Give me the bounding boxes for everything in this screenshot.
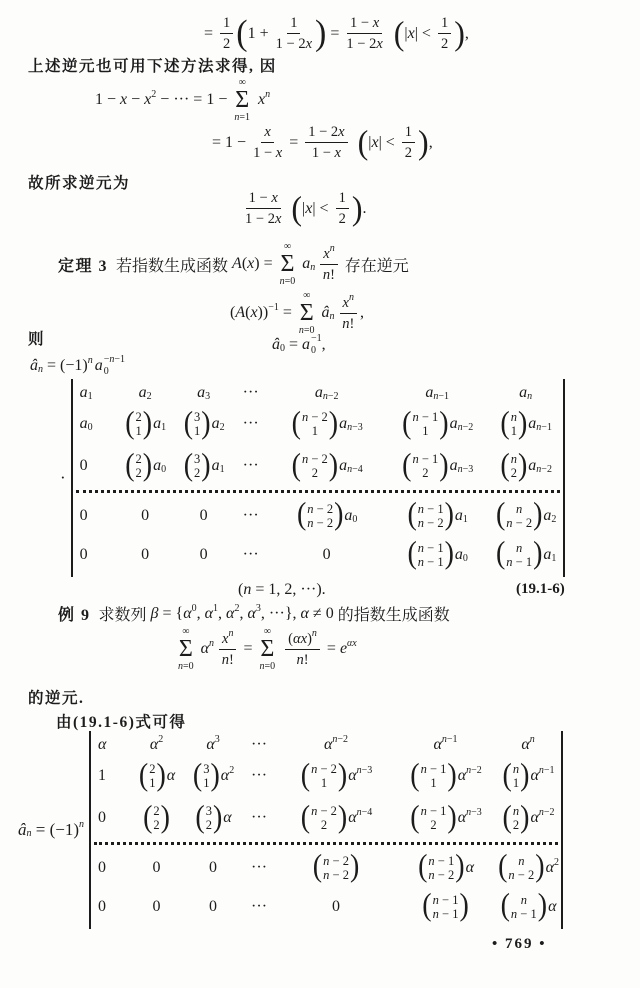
matrix-cell: 1	[91, 767, 129, 785]
left-paren: (	[184, 453, 193, 478]
math-letter: α	[434, 736, 442, 753]
binomial-values: n − 12	[420, 804, 448, 832]
fraction-denominator: n!	[296, 650, 308, 669]
math-variable: xn	[343, 294, 354, 312]
text-run: 0	[209, 898, 217, 916]
math-letter: n	[513, 804, 519, 818]
binomial-coefficient: (n − 12)	[410, 804, 456, 832]
math-variable: a2	[543, 507, 556, 525]
matrix-cell: 0	[129, 898, 184, 916]
theorem-line: 定理 3 若指数生成函数 A(x) = ∞Σn=0anxnn! 存在逆元	[58, 242, 409, 287]
math-letter: x	[335, 145, 341, 161]
right-paren: )	[533, 503, 542, 528]
ellipsis: ···	[251, 767, 267, 785]
math-letter: α	[458, 809, 466, 826]
math-variable: a1	[80, 384, 93, 402]
binomial-values: n2	[510, 452, 518, 480]
math-variable: an	[302, 255, 315, 273]
math-variable: α1	[205, 605, 218, 623]
matrix-cell: 0	[73, 507, 117, 525]
heading-label: 定理 3	[58, 253, 108, 276]
math-letter: n	[209, 638, 214, 649]
left-paren: (	[500, 411, 509, 436]
fraction: x1 − x	[253, 123, 282, 162]
big-paren: )	[418, 129, 429, 156]
matrix-cell: (21)a1	[117, 410, 174, 438]
paragraph-then: 则	[28, 327, 45, 349]
math-variable: xn	[258, 91, 270, 109]
matrix-cell: α2	[129, 736, 184, 754]
math-letter: n	[506, 555, 512, 569]
paragraph-by-formula: 由(19.1-6)式可得	[56, 710, 186, 732]
left-paren: (	[313, 855, 322, 880]
matrix-cell: ···	[242, 809, 276, 827]
right-paren: )	[143, 453, 152, 478]
math-variable: α2	[226, 605, 239, 623]
text-run: ,	[239, 605, 247, 623]
binomial-values: 31	[202, 762, 210, 790]
math-letter: n	[296, 652, 303, 668]
math-letter: n	[527, 391, 532, 402]
text-run: 0	[209, 859, 217, 877]
math-letter: n	[323, 391, 328, 402]
math-letter: n	[511, 410, 517, 424]
math-letter: n	[513, 762, 519, 776]
math-letter: a	[339, 457, 347, 474]
math-letter: α	[466, 859, 474, 876]
math-letter: n	[418, 516, 424, 530]
math-letter: α	[223, 809, 231, 826]
math-letter: n	[539, 807, 544, 818]
summation-part: Σ	[235, 89, 249, 112]
math-letter: a	[450, 415, 458, 432]
matrix-row: 0(22)a0(32)a1···(n − 22)an−4(n − 12)an−3…	[73, 445, 563, 487]
math-variable: â0	[272, 336, 285, 354]
matrix-cell: (n − 2n − 2)	[276, 854, 396, 882]
math-letter: β	[151, 605, 159, 622]
math-letter: x	[275, 211, 281, 227]
fraction-denominator: 1 − x	[312, 143, 341, 162]
left-paren: (	[195, 805, 204, 830]
math-run: 1 +	[248, 25, 273, 43]
math-variable: αn−1	[434, 736, 458, 754]
matrix-cell: (nn − 2)α2	[495, 854, 561, 882]
fraction: 1 − x1 − 2x	[346, 14, 382, 53]
math-letter: α	[206, 736, 214, 753]
math-variable: αn−4	[348, 809, 372, 827]
matrix-cell: 0	[117, 507, 174, 525]
right-paren: )	[533, 542, 542, 567]
right-paren: )	[518, 411, 527, 436]
binomial-coefficient: (n1)	[500, 410, 527, 438]
right-paren: )	[210, 763, 219, 788]
fraction-numerator: 1 − x	[347, 14, 382, 34]
math-letter: n	[265, 89, 270, 100]
matrix-cell: ···	[242, 736, 276, 754]
math-letter: n	[347, 422, 352, 433]
math-letter: α	[98, 736, 106, 753]
math-variable: ân	[18, 820, 32, 840]
left-paren: (	[407, 542, 416, 567]
math-letter: n	[518, 854, 524, 868]
fraction-numerator: 1 − 2x	[305, 123, 347, 143]
big-paren: )	[315, 19, 326, 48]
equation-line-1: = 12(1 + 11 − 2x) = 1 − x1 − 2x(|x| < 12…	[204, 14, 469, 53]
math-letter: n	[311, 762, 317, 776]
right-paren: )	[538, 894, 547, 919]
binomial-values: n − 1n − 1	[432, 893, 460, 921]
left-paren: (	[503, 763, 512, 788]
math-variable: (−1)n	[50, 820, 84, 840]
text-run: ,	[360, 304, 364, 322]
matrix-cell: αn	[495, 736, 561, 754]
math-letter: A	[235, 304, 245, 321]
matrix-cell: 0	[91, 859, 129, 877]
math-letter: a	[543, 546, 551, 563]
math-letter: x	[144, 91, 151, 108]
math-letter: n	[307, 502, 313, 516]
ellipsis: ···	[243, 384, 259, 402]
math-letter: e	[340, 640, 347, 657]
fraction: (αx)nn!	[285, 630, 320, 669]
right-paren: )	[455, 855, 464, 880]
right-paren: )	[535, 855, 544, 880]
equation-tag: (19.1-6)	[516, 581, 565, 598]
matrix-cell: (nn − 1)α	[495, 893, 561, 921]
left-paren: (	[297, 503, 306, 528]
left-paren: (	[402, 453, 411, 478]
fraction-numerator: (αx)n	[285, 630, 320, 650]
math-variable: a2	[212, 415, 225, 433]
binomial-coefficient: (n − 12)	[402, 452, 448, 480]
math-variable: α	[167, 767, 175, 785]
text-run: 的指数生成函数	[334, 602, 450, 625]
math-variable: a0	[344, 507, 357, 525]
heading-label: 例 9	[58, 602, 91, 625]
left-paren: (	[418, 855, 427, 880]
big-paren: (	[291, 195, 302, 222]
math-letter: â	[18, 820, 27, 839]
matrix-cell: (n − 21)αn−3	[276, 762, 396, 790]
summation-symbol: ∞Σn=0	[280, 242, 296, 287]
fraction-denominator: 1 − x	[253, 143, 282, 162]
binomial-values: n − 1n − 1	[417, 541, 445, 569]
math-variable: a1	[153, 415, 166, 433]
matrix-cell: 0	[91, 898, 129, 916]
math-letter: n	[511, 907, 517, 921]
binomial-values: n − 22	[301, 452, 329, 480]
math-variable: αn−2	[324, 736, 348, 754]
math-variable: (−1)n	[60, 357, 93, 375]
math-letter: n	[433, 907, 439, 921]
summation-symbol: ∞Σn=0	[260, 627, 276, 672]
binomial-coefficient: (n − 22)	[301, 804, 347, 832]
math-letter: α	[301, 605, 309, 622]
fraction: 12	[336, 189, 349, 228]
math-letter: n	[458, 422, 463, 433]
math-letter: α	[458, 767, 466, 784]
math-letter: α	[221, 767, 229, 784]
binomial-coefficient: (21)	[125, 410, 152, 438]
text-run: 0	[80, 546, 88, 564]
binomial-values: n2	[512, 804, 520, 832]
math-run: (n = 1, 2, ···).	[238, 581, 326, 599]
fraction: 12	[220, 14, 233, 53]
matrix-cell: 0	[276, 898, 396, 916]
left-paren: (	[125, 453, 134, 478]
binomial-coefficient: (n − 11)	[410, 762, 456, 790]
text-run: 0	[98, 809, 106, 827]
math-letter: x	[338, 124, 344, 140]
math-letter: n	[310, 262, 315, 273]
matrix-cell: ···	[234, 384, 268, 402]
math-variable: α3	[247, 605, 260, 623]
right-paren: )	[447, 763, 456, 788]
math-variable: a0	[80, 415, 93, 433]
binomial-coefficient: (n − 2n − 2)	[297, 502, 343, 530]
math-letter: n	[466, 807, 471, 818]
fraction: 1 − 2x1 − x	[305, 123, 347, 162]
matrix-row: a0(21)a1(31)a2···(n − 21)an−3(n − 11)an−…	[73, 403, 563, 445]
binomial-values: nn − 2	[507, 854, 535, 882]
left-paren: (	[410, 805, 419, 830]
math-run: =	[239, 640, 256, 658]
math-letter: n	[506, 516, 512, 530]
ellipsis: ···	[251, 859, 267, 877]
right-paren: )	[338, 805, 347, 830]
right-paren: )	[201, 411, 210, 436]
math-letter: n	[418, 555, 424, 569]
left-paren: (	[301, 763, 310, 788]
binomial-coefficient: (n − 1n − 1)	[407, 541, 453, 569]
left-paren: (	[496, 542, 505, 567]
text-run: ,	[197, 605, 205, 623]
matrix-cell: α	[91, 736, 129, 754]
math-letter: a	[425, 384, 433, 401]
fraction: 12	[402, 123, 415, 162]
binomial-coefficient: (31)	[184, 410, 211, 438]
matrix-cell: 0	[174, 507, 234, 525]
math-letter: n	[332, 734, 337, 745]
math-letter: n	[539, 765, 544, 776]
determinant-1: · a1a2a3···an−2an−1ana0(21)a1(31)a2···(n…	[60, 379, 565, 577]
math-letter: x	[408, 25, 415, 42]
binomial-coefficient: (31)	[193, 762, 220, 790]
math-letter: a	[302, 255, 310, 272]
sup-sub-stack: −10	[311, 333, 322, 356]
matrix-row: 000···0(n − 1n − 1)a0(nn − 1)a1	[73, 535, 563, 574]
big-paren: (	[394, 20, 405, 47]
math-run: β = {	[151, 605, 184, 623]
big-paren: )	[454, 20, 465, 47]
math-letter: n	[508, 868, 514, 882]
math-letter: α	[546, 859, 554, 876]
math-letter: a	[80, 415, 88, 432]
matrix-cell: 0	[117, 546, 174, 564]
equation-a0-hat: â0 = a−10,	[272, 333, 326, 356]
matrix-cell: (nn − 1)a1	[489, 541, 563, 569]
fraction-numerator: 1	[287, 14, 300, 34]
math-letter: a	[543, 507, 551, 524]
matrix-cell: 0	[73, 546, 117, 564]
math-letter: α	[348, 809, 356, 826]
binomial-values: nn − 2	[505, 502, 533, 530]
math-letter: x	[301, 631, 307, 647]
math-letter: α	[530, 809, 538, 826]
left-paren: (	[301, 805, 310, 830]
binomial-values: 32	[193, 452, 201, 480]
text-run: ,	[465, 25, 469, 43]
fraction: 11 − 2x	[276, 14, 312, 53]
fraction-denominator: 1 − 2x	[346, 34, 382, 53]
math-letter: A	[232, 255, 242, 272]
text-run: 0	[200, 546, 208, 564]
binomial-values: 22	[152, 804, 160, 832]
math-variable: α	[98, 736, 106, 754]
matrix-row: αα2α3···αn−2αn−1αn	[91, 734, 561, 755]
matrix-cell: (n − 1n − 1)a0	[386, 541, 489, 569]
math-variable: a1	[543, 546, 556, 564]
math-letter: n	[260, 661, 265, 672]
determinant-2: ân = (−1)n αα2α3···αn−2αn−1αn1(21)α(31)α…	[18, 731, 563, 929]
math-letter: n	[516, 502, 522, 516]
fraction-denominator: 2	[441, 34, 448, 53]
left-paren: (	[292, 453, 301, 478]
determinant-1-body: a1a2a3···an−2an−1ana0(21)a1(31)a2···(n −…	[71, 379, 565, 577]
right-paren: )	[334, 503, 343, 528]
math-variable: an	[519, 384, 532, 402]
math-letter: n	[530, 734, 535, 745]
left-paren: (	[402, 411, 411, 436]
binomial-coefficient: (nn − 1)	[496, 541, 542, 569]
math-letter: n	[418, 541, 424, 555]
math-letter: n	[228, 628, 233, 639]
equation-line-4: 1 − x1 − 2x(|x| < 12).	[242, 189, 366, 228]
left-paren: (	[193, 763, 202, 788]
math-letter: x	[373, 15, 379, 31]
math-variable: an−2	[528, 457, 552, 475]
math-run: = 1 −	[212, 134, 250, 152]
matrix-cell: α3	[184, 736, 242, 754]
ellipsis: ···	[243, 457, 259, 475]
matrix-cell: 0	[73, 457, 117, 475]
math-variable: an−4	[339, 457, 363, 475]
math-letter: n	[178, 661, 183, 672]
text-run: .	[362, 200, 366, 218]
math-letter: n	[418, 502, 424, 516]
math-letter: n	[347, 464, 352, 475]
matrix-cell: (n − 22)αn−4	[276, 804, 396, 832]
matrix-cell: 0	[174, 546, 234, 564]
math-letter: n	[466, 765, 471, 776]
text-run: ,	[218, 605, 226, 623]
math-letter: n	[38, 364, 43, 375]
text-run: ,	[322, 336, 326, 354]
matrix-cell: 0	[268, 546, 386, 564]
math-letter: n	[79, 819, 84, 830]
big-paren: )	[352, 195, 363, 222]
binomial-coefficient: (22)	[125, 452, 152, 480]
math-letter: a	[139, 384, 147, 401]
right-paren: )	[143, 411, 152, 436]
math-run: α ≠ 0	[301, 605, 334, 623]
math-letter: n	[421, 804, 427, 818]
binomial-values: nn − 1	[505, 541, 533, 569]
math-letter: n	[516, 541, 522, 555]
binomial-coefficient: (n2)	[503, 804, 530, 832]
sup-sub-stack: −n−10	[104, 354, 125, 377]
math-variable: an−1	[528, 415, 552, 433]
matrix-cell: (31)α2	[184, 762, 242, 790]
ellipsis: ···	[251, 736, 267, 754]
binomial-coefficient: (n − 1n − 2)	[418, 854, 464, 882]
math-letter: α	[521, 736, 529, 753]
left-paren: (	[496, 503, 505, 528]
math-variable: (αx)n	[288, 630, 317, 648]
matrix-cell: an−1	[386, 384, 489, 402]
binomial-values: nn − 1	[510, 893, 538, 921]
math-variable: a−10	[302, 333, 322, 356]
matrix-cell: 0	[184, 859, 242, 877]
example-line: 例 9 求数列 β = {α0, α1, α2, α3, ···}, α ≠ 0…	[58, 602, 450, 625]
binomial-values: 21	[135, 410, 143, 438]
fraction-denominator: n!	[323, 265, 335, 284]
fraction-numerator: 1	[438, 14, 451, 34]
paragraph-method: 上述逆元也可用下述方法求得, 因	[28, 54, 277, 76]
math-letter: α	[324, 736, 332, 753]
ellipsis: ···	[251, 898, 267, 916]
math-letter: a	[528, 457, 536, 474]
math-letter: n	[428, 868, 434, 882]
matrix-row: 1(21)α(31)α2···(n − 21)αn−3(n − 11)αn−2(…	[91, 755, 561, 797]
math-variable: xn	[323, 245, 334, 263]
fraction-denominator: 1 − 2x	[276, 34, 312, 53]
right-paren: )	[161, 805, 170, 830]
binomial-coefficient: (22)	[143, 804, 170, 832]
math-run: =	[323, 640, 340, 658]
math-letter: x	[276, 145, 282, 161]
right-paren: )	[459, 894, 468, 919]
math-run: =	[32, 820, 50, 840]
fraction-denominator: n!	[342, 314, 354, 333]
math-run: A(x) =	[232, 255, 277, 273]
matrix-cell: (n1)an−1	[489, 410, 563, 438]
binomial-coefficient: (32)	[195, 804, 222, 832]
math-run: =	[285, 134, 302, 152]
matrix-cell: (n1)αn−1	[495, 762, 561, 790]
math-letter: a	[302, 336, 310, 353]
text-run: 0	[323, 546, 331, 564]
binomial-coefficient: (n − 1n − 2)	[407, 502, 453, 530]
ellipsis: ···	[243, 507, 259, 525]
math-variable: xn	[222, 630, 233, 648]
left-paren: (	[501, 894, 510, 919]
text-run: 0	[153, 859, 161, 877]
math-run: =	[43, 357, 60, 375]
multiplication-dot: ·	[60, 468, 66, 488]
math-variable: α	[466, 859, 474, 877]
matrix-cell: (22)	[129, 804, 184, 832]
math-variable: a1	[455, 507, 468, 525]
math-letter: a	[153, 457, 161, 474]
text-run: 0	[141, 546, 149, 564]
fraction-numerator: xn	[219, 630, 236, 650]
math-letter: n	[312, 628, 317, 639]
matrix-cell: (n − 2n − 2)a0	[268, 502, 386, 530]
math-letter: n	[311, 804, 317, 818]
summation-symbol: ∞Σn=1	[234, 78, 250, 123]
right-paren: )	[201, 453, 210, 478]
